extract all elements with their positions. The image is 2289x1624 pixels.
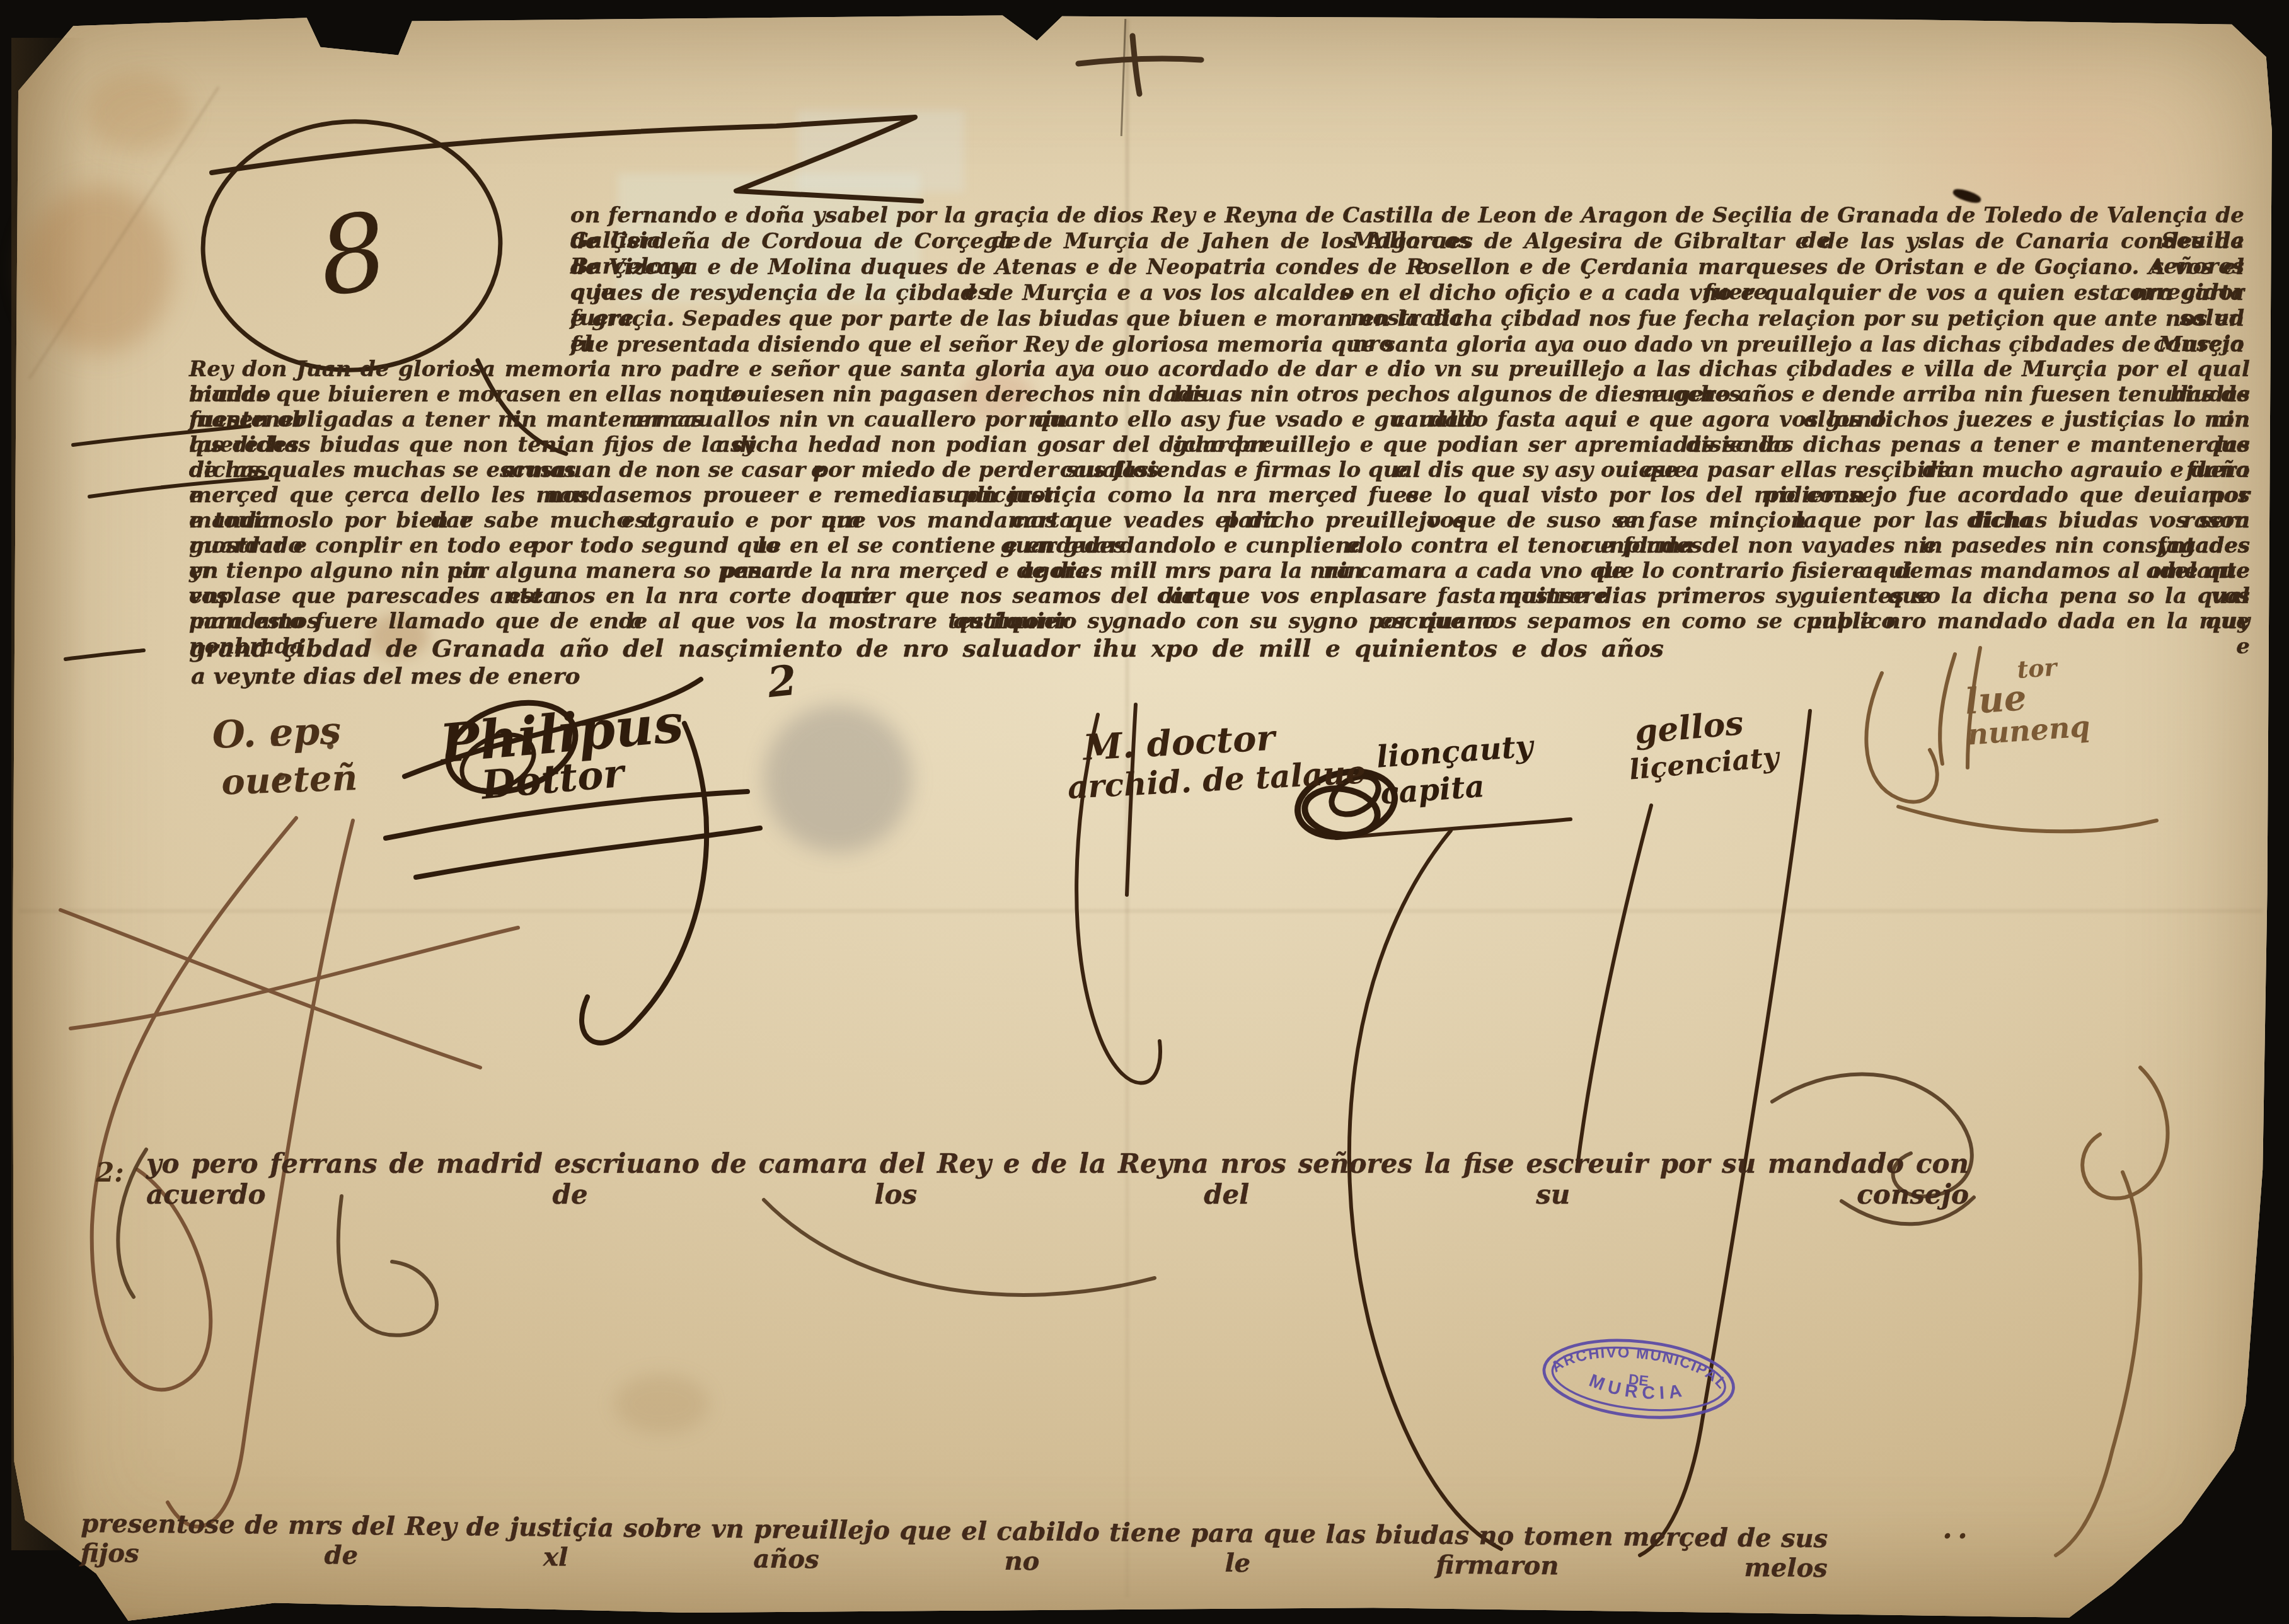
date-line: a veynte dias del mes de enero [191,663,580,689]
signature-right: tor lue nunenq [1962,652,2091,749]
manuscript-line: o jues de resydençia de la çibdad de Mur… [570,280,2244,306]
manuscript-line: on fernando e doña ysabel por la graçia … [570,203,2244,229]
manuscript-line: para esto fuere llamado que de ende al q… [189,609,2250,634]
signature-line: O. eps [212,711,357,756]
signature-line: nunenq [1966,711,2091,750]
manuscript-line: fue presentada disiendo que el señor Rey… [570,332,2244,358]
photo-backdrop: { "photo": { "background_color": "#0e0c0… [0,0,2289,1624]
manuscript-line: de Çerdeña de Cordoua de Corçega de Murç… [570,229,2244,255]
manuscript-line: guardar e conplir en todo e por todo seg… [189,533,2250,558]
signature-m-doctor: M. doctor archid. de talaue [1082,715,1366,803]
manuscript-line: de las quales muchas se escusauan de non… [189,458,2250,483]
manuscript-line: Rey don Juan de gloriosa memoria nro pad… [189,357,2250,382]
signature-line: oueteñ [221,759,358,801]
manuscript-line: merçed que çerca dello les mandasemos pr… [189,483,2250,508]
text-block-full: Rey don Juan de gloriosa memoria nro pad… [189,357,2250,634]
closing-line: grand çibdad de Granada año del nasçimie… [189,634,1664,662]
signature-licenciado-b: gellos liçenciaty [1634,703,1780,784]
manuscript-line: de Vizcaya e de Molina duques de Atenas … [570,255,2244,280]
signature-licenciado-a: lionçauty capita [1376,730,1537,810]
manuscript-line: e graçia. Sepades que por parte de las b… [570,306,2244,332]
manuscript-line: enplase que parescades ante nos en la nr… [189,584,2250,609]
manuscript-line: las dichas biudas que non tenian fijos d… [189,432,2250,458]
manuscript-line: en tienpo alguno nin por alguna manera s… [189,558,2250,584]
chancery-prefix-mark: 2: [96,1157,124,1188]
manuscript-line: fuesen obligadas a tener nin mantener ca… [189,407,2250,432]
manuscript-line: e touimoslo por bien e sabe mucho agraui… [189,508,2250,533]
text-block-indented: on fernando e doña ysabel por la graçia … [570,203,2244,358]
signature-bishop: O. eps oueteñ [212,711,359,802]
manuscript-line: biudas que biuieren e morasen en ellas n… [189,382,2250,407]
ink-dots: .. [1942,1511,1973,1545]
paraph-mark: 2 [765,655,799,707]
chancery-line: yo pero ferrans de madrid escriuano de c… [146,1148,1969,1210]
